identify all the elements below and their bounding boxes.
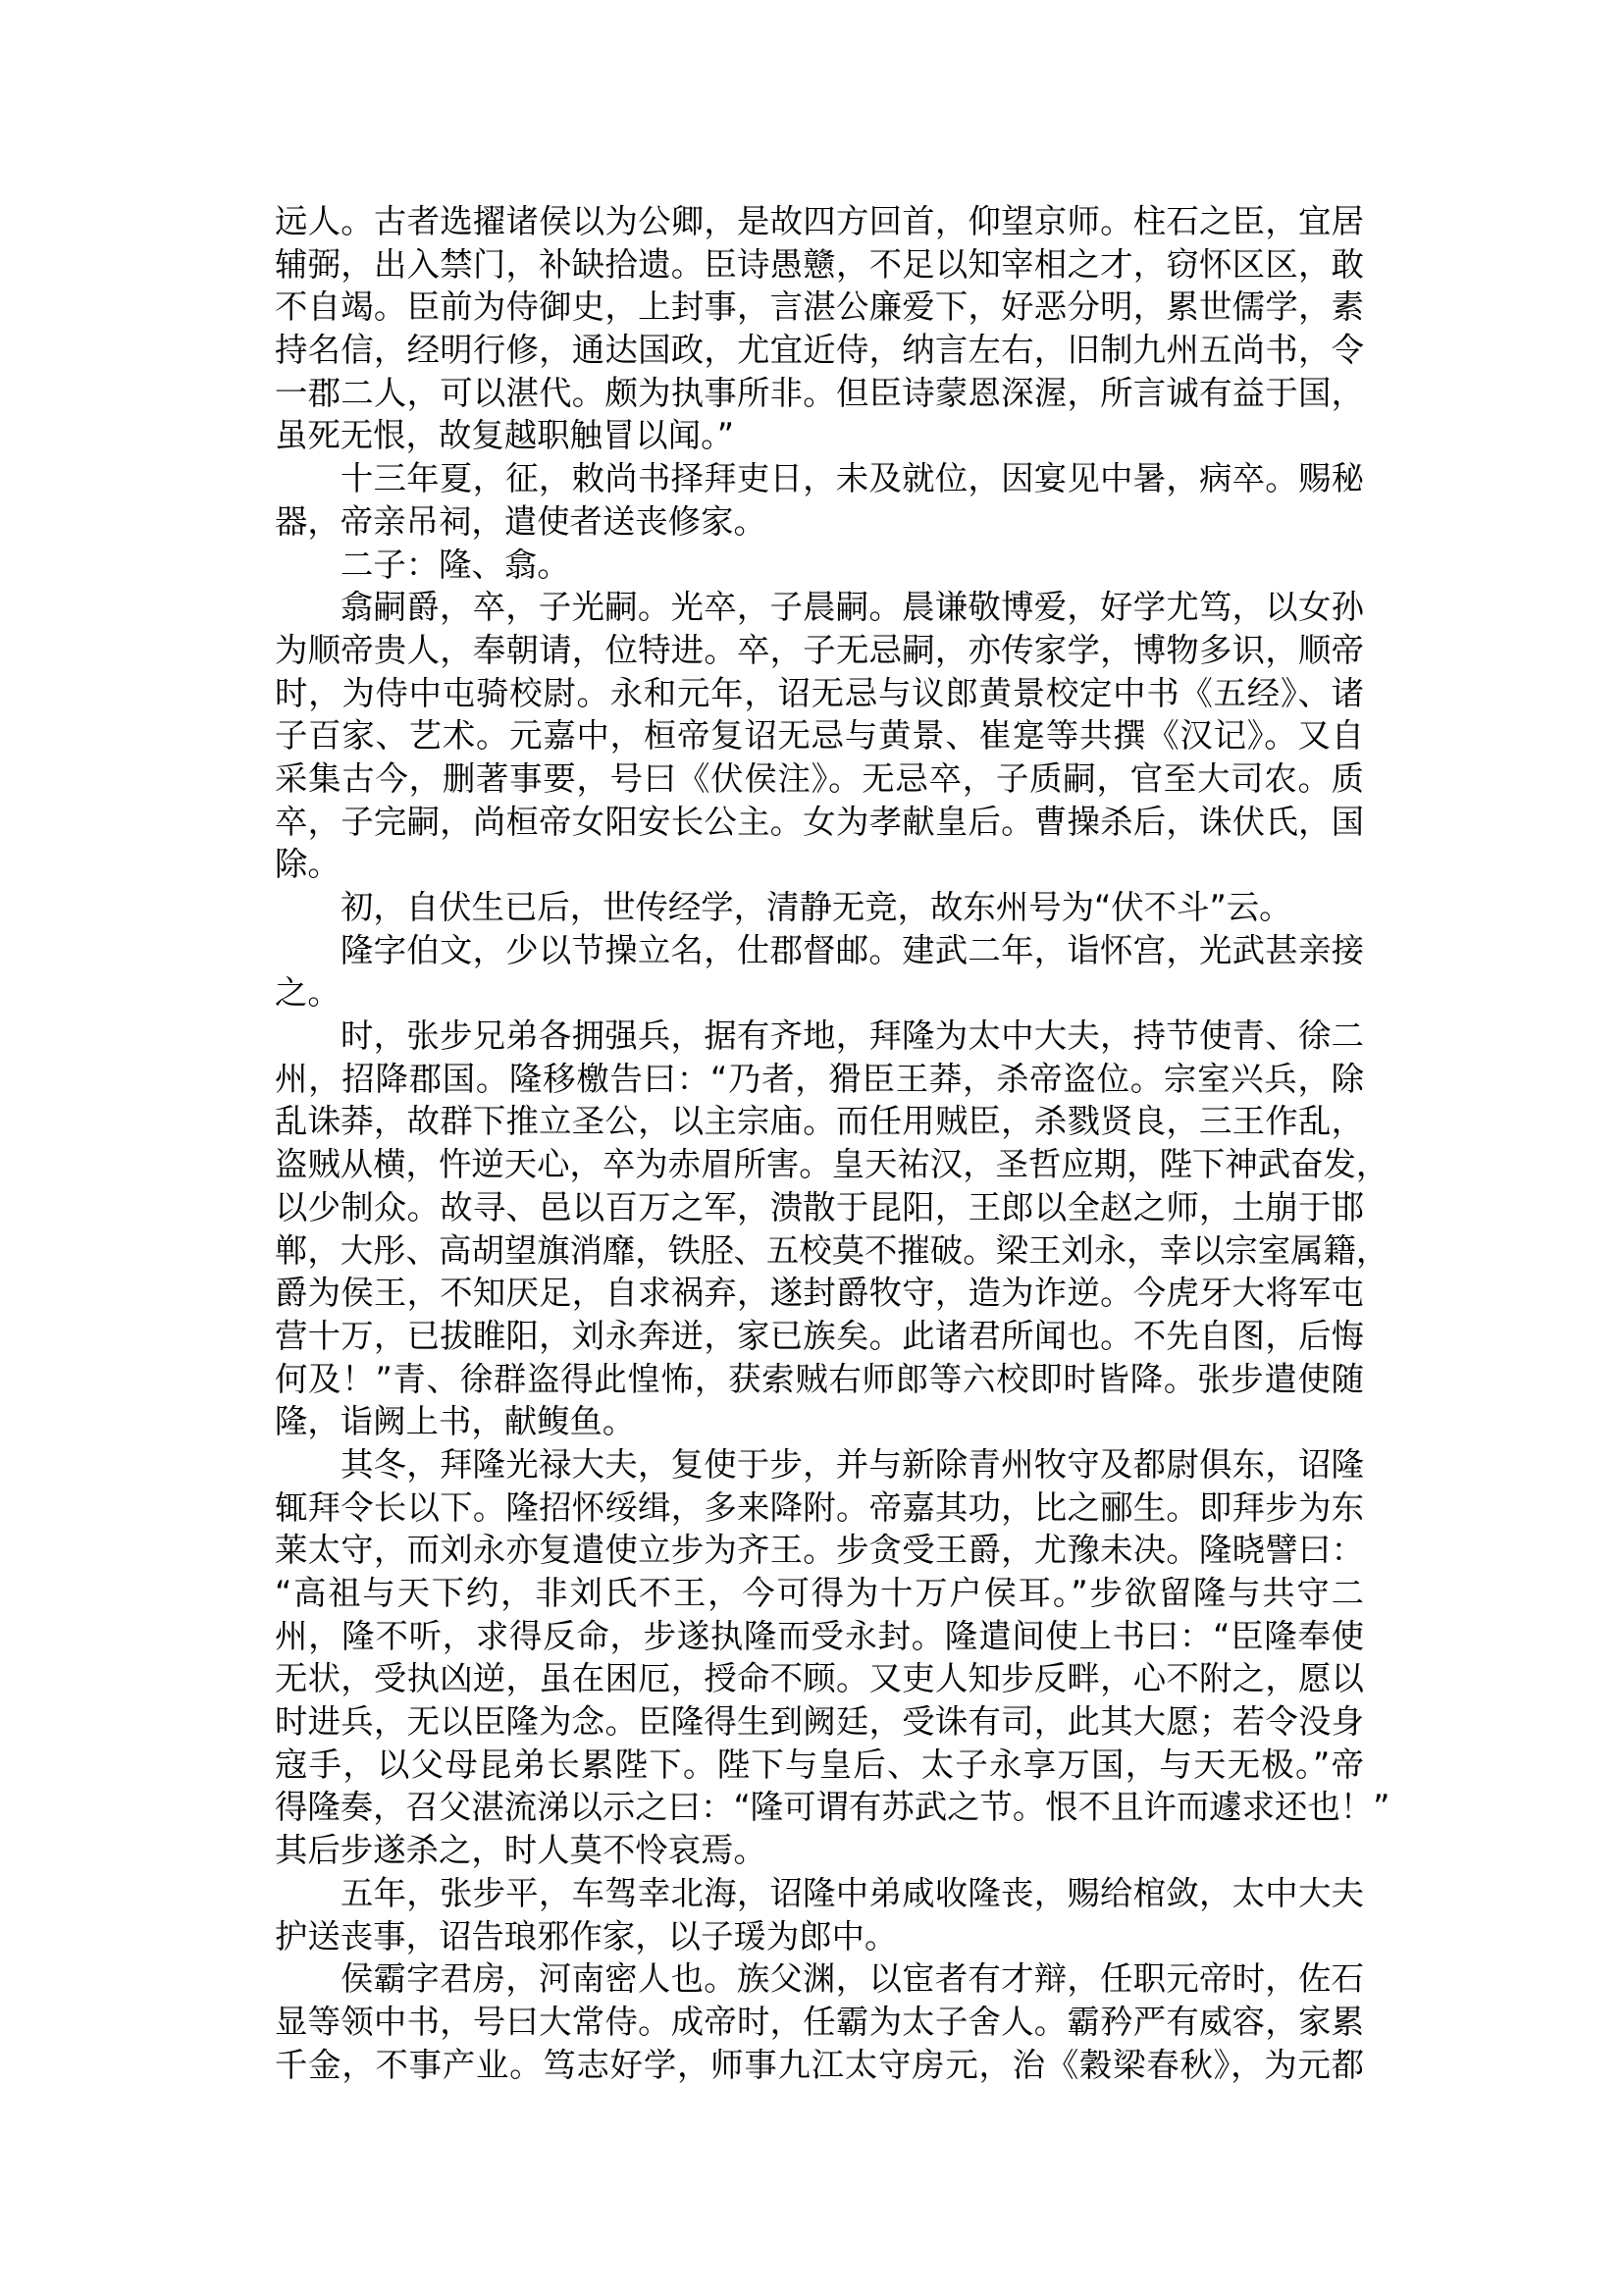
text-line: 其冬，拜隆光禄大夫，复使于步，并与新除青州牧守及都尉俱东，诏隆 (275, 1443, 1364, 1486)
text-line: 虽死无恨，故复越职触冒以闻。” (275, 414, 1364, 457)
text-line: 显等领中书，号曰大常侍。成帝时，任霸为太子舍人。霸矜严有威容，家累 (275, 2001, 1364, 2044)
text-line: 得隆奏，召父湛流涕以示之曰：“隆可谓有苏武之节。恨不且许而遽求还也！” (275, 1786, 1364, 1829)
paragraph: 二子：隆、翕。 (275, 544, 1364, 587)
text-line: 州，招降郡国。隆移檄告曰：“乃者，猾臣王莽，杀帝盗位。宗室兴兵，除 (275, 1058, 1364, 1101)
text-line: 辄拜令长以下。隆招怀绥缉，多来降附。帝嘉其功，比之郦生。即拜步为东 (275, 1486, 1364, 1530)
text-line: 十三年夏，征，敕尚书择拜吏日，未及就位，因宴见中暑，病卒。赐秘 (275, 457, 1364, 500)
text-line: 五年，张步平，车驾幸北海，诏隆中弟咸收隆丧，赐给棺敛，太中大夫 (275, 1872, 1364, 1915)
text-line: 器，帝亲吊祠，遣使者送丧修家。 (275, 500, 1364, 544)
text-line: 卒，子完嗣，尚桓帝女阳安长公主。女为孝献皇后。曹操杀后，诛伏氏，国 (275, 801, 1364, 844)
text-line: 远人。古者选擢诸侯以为公卿，是故四方回首，仰望京师。柱石之臣，宜居 (275, 200, 1364, 243)
text-line: 隆字伯文，少以节操立名，仕郡督邮。建武二年，诣怀宫，光武甚亲接 (275, 929, 1364, 972)
text-line: 二子：隆、翕。 (275, 544, 1364, 587)
paragraph: 翕嗣爵，卒，子光嗣。光卒，子晨嗣。晨谦敬博爱，好学尤笃，以女孙 为顺帝贵人，奉朝… (275, 586, 1364, 886)
text-line: 何及！”青、徐群盗得此惶怖，获索贼右师郎等六校即时皆降。张步遣使随 (275, 1358, 1364, 1401)
text-line: 乱诛莽，故群下推立圣公，以主宗庙。而任用贼臣，杀戮贤良，三王作乱， (275, 1100, 1364, 1143)
text-line: 护送丧事，诏告琅邪作家，以子瑗为郎中。 (275, 1915, 1364, 1958)
text-line: 营十万，已拔睢阳，刘永奔迸，家已族矣。此诸君所闻也。不先自图，后悔 (275, 1315, 1364, 1358)
paragraph: 时，张步兄弟各拥强兵，据有齐地，拜隆为太中大夫，持节使青、徐二 州，招降郡国。隆… (275, 1015, 1364, 1443)
document-page: 远人。古者选擢诸侯以为公卿，是故四方回首，仰望京师。柱石之臣，宜居 辅弼，出入禁… (275, 200, 1364, 2086)
text-line: 侯霸字君房，河南密人也。族父渊，以宦者有才辩，任职元帝时，佐石 (275, 1957, 1364, 2001)
text-line: 一郡二人，可以湛代。颇为执事所非。但臣诗蒙恩深渥，所言诚有益于国， (275, 372, 1364, 415)
text-line: 盗贼从横，忤逆天心，卒为赤眉所害。皇天祐汉，圣哲应期，陛下神武奋发， (275, 1143, 1364, 1186)
text-line: “高祖与天下约，非刘氏不王，今可得为十万户侯耳。”步欲留隆与共守二 (275, 1572, 1364, 1615)
text-line: 爵为侯王，不知厌足，自求祸弃，遂封爵牧守，造为诈逆。今虎牙大将军屯 (275, 1272, 1364, 1315)
text-line: 时，为侍中屯骑校尉。永和元年，诏无忌与议郎黄景校定中书《五经》、诸 (275, 672, 1364, 715)
text-line: 其后步遂杀之，时人莫不怜哀焉。 (275, 1829, 1364, 1872)
text-line: 州，隆不听，求得反命，步遂执隆而受永封。隆遣间使上书曰：“臣隆奉使 (275, 1615, 1364, 1658)
text-line: 时，张步兄弟各拥强兵，据有齐地，拜隆为太中大夫，持节使青、徐二 (275, 1015, 1364, 1058)
text-line: 辅弼，出入禁门，补缺拾遗。臣诗愚戆，不足以知宰相之才，窃怀区区，敢 (275, 243, 1364, 287)
text-line: 初，自伏生已后，世传经学，清静无竞，故东州号为“伏不斗”云。 (275, 886, 1364, 929)
text-line: 郸，大彤、高胡望旗消靡，铁胫、五校莫不摧破。梁王刘永，幸以宗室属籍， (275, 1229, 1364, 1273)
paragraph: 初，自伏生已后，世传经学，清静无竞，故东州号为“伏不斗”云。 (275, 886, 1364, 929)
text-line: 子百家、艺术。元嘉中，桓帝复诏无忌与黄景、崔寔等共撰《汉记》。又自 (275, 714, 1364, 757)
text-line: 翕嗣爵，卒，子光嗣。光卒，子晨嗣。晨谦敬博爱，好学尤笃，以女孙 (275, 586, 1364, 629)
paragraph: 远人。古者选擢诸侯以为公卿，是故四方回首，仰望京师。柱石之臣，宜居 辅弼，出入禁… (275, 200, 1364, 457)
paragraph: 侯霸字君房，河南密人也。族父渊，以宦者有才辩，任职元帝时，佐石 显等领中书，号曰… (275, 1957, 1364, 2086)
text-line: 时进兵，无以臣隆为念。臣隆得生到阙廷，受诛有司，此其大愿；若令没身 (275, 1700, 1364, 1744)
text-line: 莱太守，而刘永亦复遣使立步为齐王。步贪受王爵，尤豫未决。隆晓譬曰： (275, 1529, 1364, 1572)
text-line: 千金，不事产业。笃志好学，师事九江太守房元，治《穀梁春秋》，为元都 (275, 2044, 1364, 2087)
paragraph: 隆字伯文，少以节操立名，仕郡督邮。建武二年，诣怀宫，光武甚亲接 之。 (275, 929, 1364, 1015)
text-line: 为顺帝贵人，奉朝请，位特进。卒，子无忌嗣，亦传家学，博物多识，顺帝 (275, 629, 1364, 672)
text-line: 寇手，以父母昆弟长累陛下。陛下与皇后、太子永享万国，与天无极。”帝 (275, 1744, 1364, 1787)
text-line: 隆，诣阙上书，献鳆鱼。 (275, 1400, 1364, 1443)
text-line: 持名信，经明行修，通达国政，尤宜近侍，纳言左右，旧制九州五尚书，令 (275, 329, 1364, 372)
paragraph: 十三年夏，征，敕尚书择拜吏日，未及就位，因宴见中暑，病卒。赐秘 器，帝亲吊祠，遣… (275, 457, 1364, 543)
text-line: 无状，受执凶逆，虽在困厄，授命不顾。又吏人知步反畔，心不附之，愿以 (275, 1657, 1364, 1700)
paragraph: 其冬，拜隆光禄大夫，复使于步，并与新除青州牧守及都尉俱东，诏隆 辄拜令长以下。隆… (275, 1443, 1364, 1872)
text-line: 不自竭。臣前为侍御史，上封事，言湛公廉爱下，好恶分明，累世儒学，素 (275, 286, 1364, 329)
text-line: 采集古今，删著事要，号曰《伏侯注》。无忌卒，子质嗣，官至大司农。质 (275, 757, 1364, 801)
text-line: 之。 (275, 971, 1364, 1015)
paragraph: 五年，张步平，车驾幸北海，诏隆中弟咸收隆丧，赐给棺敛，太中大夫 护送丧事，诏告琅… (275, 1872, 1364, 1957)
text-line: 除。 (275, 843, 1364, 886)
text-line: 以少制众。故寻、邑以百万之军，溃散于昆阳，王郎以全赵之师，土崩于邯 (275, 1186, 1364, 1229)
